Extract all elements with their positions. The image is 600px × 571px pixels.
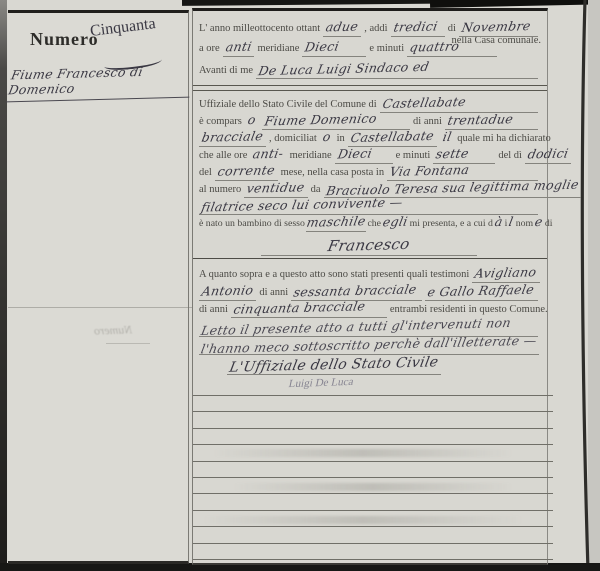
hw-minutes: quattro (409, 39, 461, 53)
act-line-newborn: è nato un bambino di sesso maschile che … (199, 214, 541, 232)
blank-closing2: l'hanno meco sottoscritto perchè dall'il… (199, 337, 539, 355)
printed-domiciliato: , domiciliat (269, 133, 317, 144)
bleedthrough-smear (233, 483, 513, 491)
hw-closing2: l'hanno meco sottoscritto perchè dall'il… (200, 334, 538, 356)
ruled-line (193, 526, 553, 527)
hw-anti: anti (224, 40, 252, 54)
hw-domicile-town: Castellabate (349, 129, 435, 144)
binding-edge (576, 0, 592, 571)
printed-meridiane2: meridiane (290, 150, 332, 161)
hw-o2: o (322, 130, 332, 143)
hw-occupation: bracciale (201, 129, 265, 144)
hw-street: Via Fontana (389, 163, 471, 178)
hw-comune: Castellabate (381, 95, 467, 110)
printed-di: di (448, 23, 456, 34)
hw-month: Novembre (460, 19, 531, 34)
blank-declarant-age: trentadue (445, 112, 538, 130)
hw-official-name: De Luca Luigi Sindaco ed (257, 60, 430, 78)
printed-year-prefix: L' anno milleottocento ottant (199, 23, 320, 34)
blank-occupation: bracciale (199, 129, 266, 147)
blank-house-number: ventidue (244, 180, 307, 198)
blank-sex: maschile (306, 214, 367, 232)
blank-witness2-name: e Gallo Raffaele (425, 283, 538, 301)
blank-meridiane-prefix: anti (223, 39, 255, 57)
blank-official-title: L'Uffiziale dello Stato Civile (227, 357, 441, 375)
printed-casa-posta: mese, nella casa posta in (281, 167, 385, 178)
printed-uffiziale-comune: Uffiziale dello Stato Civile del Comune … (199, 99, 377, 110)
act-line-birth-hour: che alle ore anti- meridiane Dieci e min… (199, 146, 541, 164)
hw-il: il (441, 130, 452, 143)
printed-a-ore: a ore (199, 43, 220, 54)
hw-mother-occupation: filatrice seco lui convivente — (200, 195, 404, 213)
hw-corrente: corrente (216, 163, 275, 178)
act-line-year: L' anno milleottocento ottant adue , add… (199, 19, 541, 37)
ruled-line (193, 543, 553, 544)
hw-day: tredici (392, 19, 438, 33)
act-line-declarant: è compars o Fiume Domenico di anni trent… (199, 112, 541, 130)
bleedthrough-smear (213, 449, 513, 457)
printed-residenti: entrambi residenti in questo Comune. (390, 304, 548, 315)
bleedthrough-smear (203, 516, 523, 524)
printed-al-numero: al numero (199, 184, 241, 195)
printed-nato-bambino: è nato un bambino di sesso (199, 218, 305, 229)
hw-e: e (534, 215, 544, 228)
hw-egli: egli (382, 215, 409, 229)
printed-che-alle-ore: che alle ore (199, 150, 247, 161)
page-top-edge-shadow (430, 0, 600, 8)
hw-birth-minutes: sette (435, 147, 470, 161)
blank-domiciliato-suffix: o (320, 129, 334, 146)
printed-avanti-di-me: Avanti di me (199, 65, 253, 76)
margin-column: Numero Cinquanta Fiume Francesco di Dome… (8, 10, 189, 564)
hw-house-number: ventidue (246, 180, 306, 195)
ruled-line (193, 444, 553, 445)
ruled-line (193, 461, 553, 462)
printed-di-anni2: di anni (259, 287, 288, 298)
hw-a-accent: à (494, 215, 504, 228)
hw-year-suffix: adue (325, 20, 360, 34)
blank-hour: Dieci (302, 39, 366, 57)
registered-name-handwritten: Fiume Francesco di Domenico (6, 63, 195, 103)
printed-e-minuti2: e minuti (396, 150, 431, 161)
blank-il: il (440, 129, 455, 146)
printed-mi-presenta: mi presenta, e a cui d (410, 218, 493, 229)
ruled-line (193, 477, 553, 478)
blank-witness1-name: Antonio (199, 283, 256, 301)
blank-egli: egli (382, 214, 409, 231)
printed-del-di: del dì (498, 150, 522, 161)
section-divider-2 (193, 258, 547, 259)
act-line-official: Avanti di me De Luca Luigi Sindaco ed (199, 61, 541, 79)
ruled-line (193, 411, 553, 412)
printed-da: da (311, 184, 321, 195)
blank-comune: Castellabate (380, 95, 538, 113)
bleedthrough-mark (106, 343, 150, 344)
blank-gender-suffix: o (245, 112, 259, 129)
hw-birth-hour: Dieci (336, 147, 373, 161)
act-line-witness1: Antonio di anni sessanta bracciale e Gal… (199, 283, 541, 301)
blank-minutes: quattro (407, 39, 497, 57)
blank-year: adue (323, 19, 361, 37)
blank-da-suffix: à (494, 214, 504, 231)
blank-mother-occupation: filatrice seco lui convivente — (199, 197, 538, 215)
hw-sex: maschile (305, 214, 366, 229)
blank-day: tredici (391, 19, 445, 37)
act-number-handwritten: Cinquanta (89, 15, 156, 41)
blank-l: l (508, 214, 514, 231)
act-line-mother-occupation: filatrice seco lui convivente — (199, 197, 541, 215)
hw-o: o (247, 113, 257, 126)
printed-che: che (367, 218, 381, 229)
blank-e: e (534, 214, 544, 231)
ruled-line (193, 510, 553, 511)
official-signature: Luigi De Luca (287, 376, 354, 390)
act-line-closing2: l'hanno meco sottoscritto perchè dall'il… (199, 337, 541, 355)
blank-month: Novembre (459, 19, 538, 37)
blank-declarant-name: Fiume Domenico (262, 112, 410, 130)
hw-child-name: Francesco (326, 237, 411, 255)
hw-witness1-age: sessanta bracciale (293, 282, 418, 298)
ruled-line (193, 559, 553, 560)
printed-di2: di (545, 218, 553, 229)
ruled-line (193, 428, 553, 429)
printed-addi: , addì (364, 23, 387, 34)
section-divider (193, 85, 547, 91)
hw-witness2-age: cinquanta bracciale (232, 299, 366, 316)
printed-meridiane: meridiane (257, 43, 299, 54)
hw-hour: Dieci (304, 40, 341, 54)
act-line-hour: a ore anti meridiane Dieci e minuti quat… (199, 39, 499, 57)
printed-e-comparso: è compars (199, 116, 242, 127)
hw-witness2-name: e Gallo Raffaele (426, 283, 535, 299)
hw-witness1-name: Antonio (201, 283, 255, 297)
hw-anti2: anti- (252, 147, 285, 161)
blank-anti: anti- (250, 146, 286, 163)
page-left-edge (0, 0, 7, 571)
printed-testimoni: A quanto sopra e a questo atto sono stat… (199, 269, 469, 280)
paper-crease (8, 307, 196, 308)
hw-declarant-name: Fiume Domenico (263, 112, 378, 128)
ruled-line (193, 493, 553, 494)
printed-quale-dichiarato: quale mi ha dichiarato (457, 133, 551, 144)
ruled-line (193, 395, 553, 396)
act-column: nella Casa comunale. L' anno milleottoce… (192, 8, 548, 565)
printed-e-minuti: e minuti (369, 43, 404, 54)
blank-witness1-surname: Avigliano (472, 265, 539, 283)
act-line-domicile: bracciale , domiciliat o in Castellabate… (199, 129, 541, 147)
printed-di-anni: di anni (413, 116, 442, 127)
blank-month-ref: corrente (215, 163, 278, 181)
bleedthrough-text: Numero (94, 322, 133, 338)
blank-birth-hour: Dieci (335, 146, 393, 164)
printed-di-anni3: di anni (199, 304, 228, 315)
blank-domicile-town: Castellabate (348, 129, 437, 147)
hw-declarant-age: trentadue (447, 112, 515, 127)
blank-child-name: Francesco (261, 238, 477, 256)
hw-birth-day: dodici (527, 146, 570, 160)
blank-witness2-age: cinquanta bracciale (231, 300, 387, 318)
numero-label: Numero (30, 29, 99, 50)
printed-nom: nom (516, 218, 533, 229)
registry-page-scan: Numero Cinquanta Fiume Francesco di Dome… (0, 0, 600, 571)
hw-l: l (508, 215, 515, 228)
act-line-child-name: Francesco (199, 237, 541, 256)
printed-del: del (199, 167, 212, 178)
blank-official-name: De Luca Luigi Sindaco ed (256, 61, 538, 79)
act-line-official-title: L'Uffiziale dello Stato Civile (227, 357, 437, 375)
hw-witness1-surname: Avigliano (474, 265, 538, 280)
act-line-witnesses: A quanto sopra e a questo atto sono stat… (199, 265, 541, 283)
printed-in: in (337, 133, 345, 144)
hw-official-title: L'Uffiziale dello Stato Civile (228, 355, 440, 375)
blank-birth-day: dodici (525, 146, 571, 164)
